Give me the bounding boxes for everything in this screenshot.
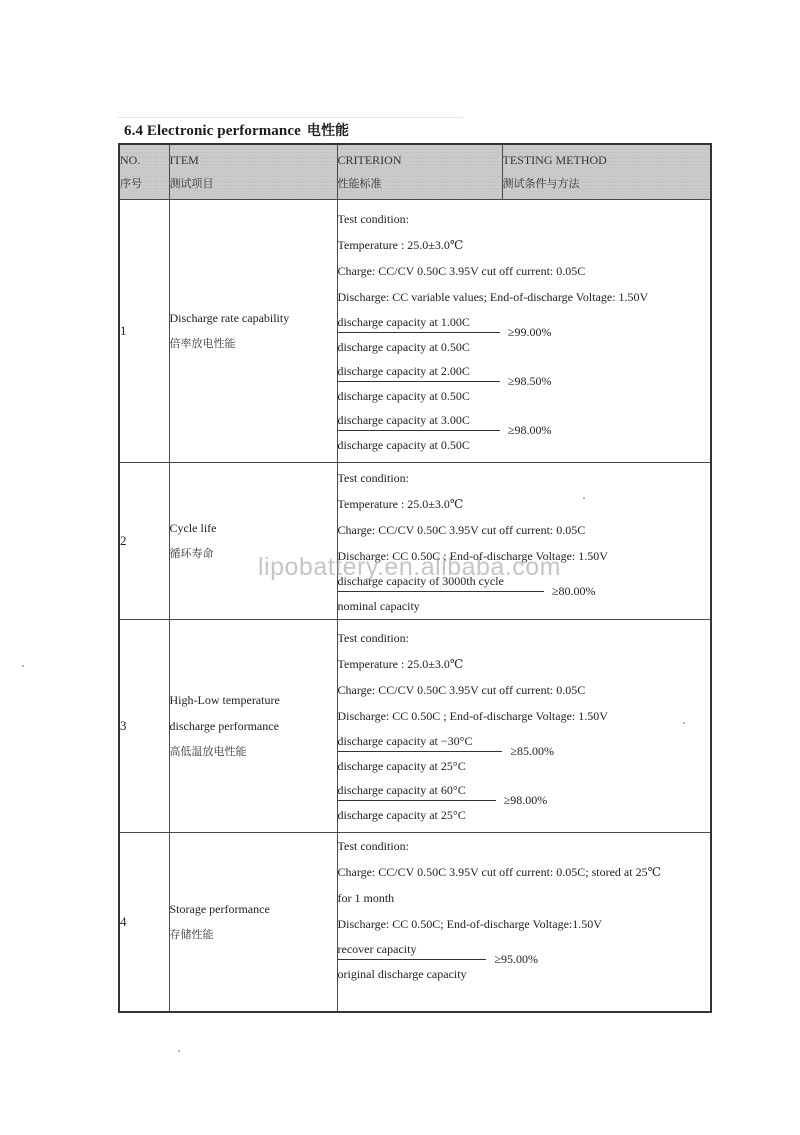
condition-line: Test condition: (338, 625, 711, 651)
scan-speck (583, 497, 585, 499)
ratio-denominator: discharge capacity at 0.50C (338, 431, 500, 457)
ratio-value: ≥95.00% (494, 952, 538, 967)
ratio-numerator: recover capacity (338, 937, 487, 960)
section-title-en: 6.4 Electronic performance (124, 123, 301, 139)
ratio-denominator: discharge capacity at 25°C (338, 752, 503, 778)
ratio-value: ≥80.00% (552, 584, 596, 599)
table-row: 4 Storage performance 存储性能 Test conditio… (119, 833, 711, 1013)
ratio-criterion: discharge capacity at 3.00C discharge ca… (338, 408, 711, 457)
condition-line: Temperature : 25.0±3.0℃ (338, 491, 711, 517)
scan-speck (178, 1050, 180, 1052)
header-item: ITEM 测试项目 (169, 144, 337, 200)
ratio-numerator: discharge capacity at 3.00C (338, 408, 500, 431)
ratio-value: ≥85.00% (510, 744, 554, 759)
header-criterion-en: CRITERION (338, 153, 502, 167)
condition-line: for 1 month (338, 885, 711, 911)
ratio-value: ≥98.00% (504, 793, 548, 808)
condition-line: Charge: CC/CV 0.50C 3.95V cut off curren… (338, 258, 711, 284)
header-item-en: ITEM (170, 153, 337, 167)
condition-line: Test condition: (338, 465, 711, 491)
ratio-denominator: nominal capacity (338, 592, 544, 618)
item-en: Discharge rate capability (170, 305, 337, 331)
item-en: High-Low temperature (170, 687, 337, 713)
scan-speck (683, 722, 685, 724)
ratio-value: ≥99.00% (508, 325, 552, 340)
condition-line: Discharge: CC 0.50C; End-of-discharge Vo… (338, 911, 711, 937)
condition-line: Temperature : 25.0±3.0℃ (338, 232, 711, 258)
ratio-value: ≥98.00% (508, 423, 552, 438)
ratio-criterion: discharge capacity at −30°C discharge ca… (338, 729, 711, 778)
ratio-criterion: recover capacity original discharge capa… (338, 937, 711, 986)
row-item: Cycle life 循环寿命 (169, 463, 337, 620)
table-row: 3 High-Low temperature discharge perform… (119, 620, 711, 833)
row-item: High-Low temperature discharge performan… (169, 620, 337, 833)
header-item-cn: 测试项目 (170, 177, 337, 191)
header-criterion-cn: 性能标准 (338, 177, 502, 191)
row-item: Storage performance 存储性能 (169, 833, 337, 1013)
row-criterion: Test condition: Charge: CC/CV 0.50C 3.95… (337, 833, 711, 1013)
header-criterion: CRITERION 性能标准 (337, 144, 502, 200)
header-testing-method: TESTING METHOD 测试条件与方法 (502, 144, 711, 200)
ratio-criterion: discharge capacity at 1.00C discharge ca… (338, 310, 711, 359)
ratio-denominator: discharge capacity at 0.50C (338, 333, 500, 359)
condition-line: Discharge: CC 0.50C ; End-of-discharge V… (338, 703, 711, 729)
ratio-denominator: discharge capacity at 0.50C (338, 382, 500, 408)
row-criterion: Test condition: Temperature : 25.0±3.0℃ … (337, 463, 711, 620)
ratio-value: ≥98.50% (508, 374, 552, 389)
header-no-cn: 序号 (120, 177, 169, 191)
table-row: 2 Cycle life 循环寿命 Test condition: Temper… (119, 463, 711, 620)
table-row: 1 Discharge rate capability 倍率放电性能 Test … (119, 200, 711, 463)
item-en: Storage performance (170, 896, 337, 922)
ratio-criterion: discharge capacity at 60°C discharge cap… (338, 778, 711, 827)
top-rule (118, 117, 463, 118)
row-number: 1 (119, 200, 169, 463)
row-criterion: Test condition: Temperature : 25.0±3.0℃ … (337, 200, 711, 463)
item-en: discharge performance (170, 713, 337, 739)
watermark: lipobattery.en.alibaba.com (258, 553, 561, 582)
row-number: 4 (119, 833, 169, 1013)
condition-line: Charge: CC/CV 0.50C 3.95V cut off curren… (338, 677, 711, 703)
ratio-numerator: discharge capacity at 60°C (338, 778, 496, 801)
ratio-numerator: discharge capacity at 2.00C (338, 359, 500, 382)
row-item: Discharge rate capability 倍率放电性能 (169, 200, 337, 463)
condition-line: Charge: CC/CV 0.50C 3.95V cut off curren… (338, 859, 711, 885)
header-no-en: NO. (120, 153, 169, 167)
scan-speck (22, 665, 24, 667)
header-testing-method-cn: 测试条件与方法 (503, 177, 711, 191)
item-en: Cycle life (170, 515, 337, 541)
item-cn: 存储性能 (170, 922, 337, 948)
ratio-numerator: discharge capacity at −30°C (338, 729, 503, 752)
header-row: NO. 序号 ITEM 测试项目 CRITERION 性能标准 TESTING … (119, 144, 711, 200)
item-cn: 高低温放电性能 (170, 739, 337, 765)
ratio-criterion: discharge capacity at 2.00C discharge ca… (338, 359, 711, 408)
header-testing-method-en: TESTING METHOD (503, 153, 711, 167)
row-criterion: Test condition: Temperature : 25.0±3.0℃ … (337, 620, 711, 833)
ratio-denominator: discharge capacity at 25°C (338, 801, 496, 827)
condition-line: Test condition: (338, 833, 711, 859)
section-title: 6.4 Electronic performance电性能 (124, 120, 349, 140)
ratio-denominator: original discharge capacity (338, 960, 487, 986)
condition-line: Charge: CC/CV 0.50C 3.95V cut off curren… (338, 517, 711, 543)
row-number: 3 (119, 620, 169, 833)
condition-line: Discharge: CC variable values; End-of-di… (338, 284, 711, 310)
section-title-cn: 电性能 (307, 123, 349, 139)
ratio-numerator: discharge capacity at 1.00C (338, 310, 500, 333)
item-cn: 倍率放电性能 (170, 331, 337, 357)
condition-line: Temperature : 25.0±3.0℃ (338, 651, 711, 677)
condition-line: Test condition: (338, 206, 711, 232)
header-no: NO. 序号 (119, 144, 169, 200)
row-number: 2 (119, 463, 169, 620)
